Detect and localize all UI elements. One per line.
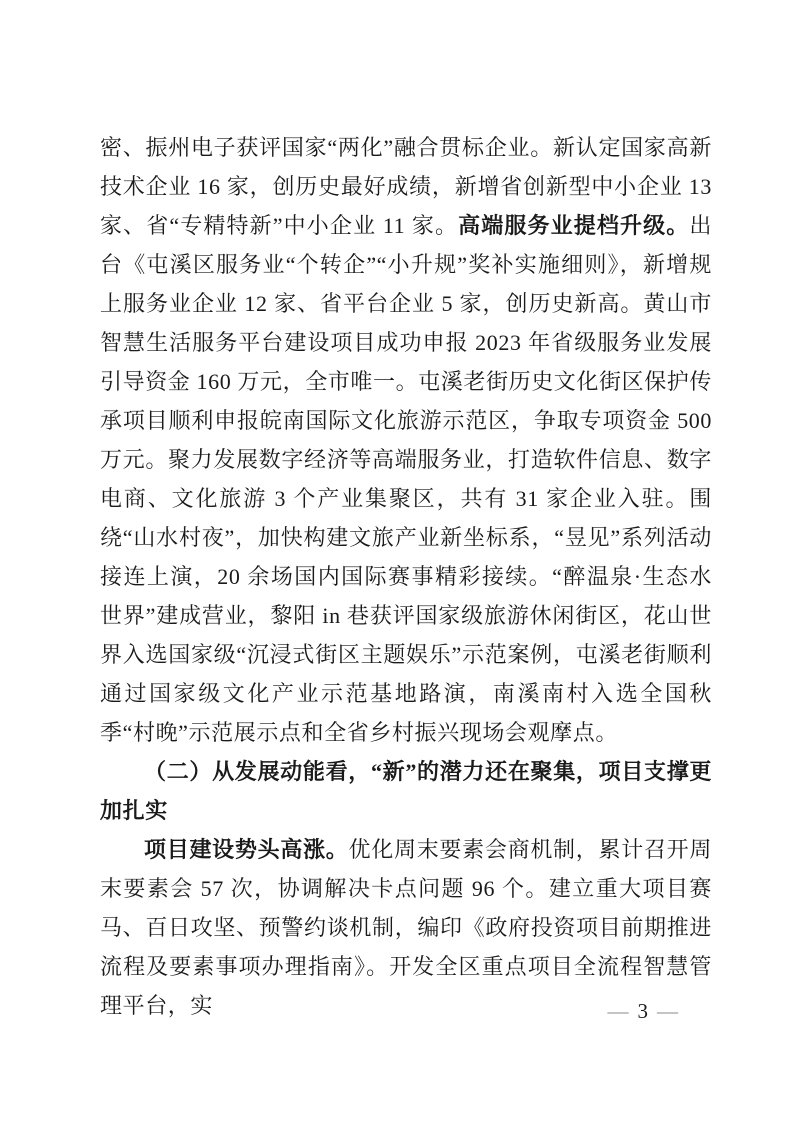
para1-text-after: 出台《屯溪区服务业“个转企”“小升规”奖补实施细则》，新增规上服务业企业 12 … xyxy=(100,213,712,745)
section-heading: （二）从发展动能看，“新”的潜力还在聚集，项目支撑更加扎实 xyxy=(100,752,712,830)
document-page: 密、振州电子获评国家“两化”融合贯标企业。新认定国家高新技术企业 16 家，创历… xyxy=(0,0,794,1122)
para2-text: 优化周末要素会商机制，累计召开周末要素会 57 次，协调解决卡点问题 96 个。… xyxy=(100,837,712,1018)
page-footer: — 3 — xyxy=(608,997,679,1025)
document-body: 密、振州电子获评国家“两化”融合贯标企业。新认定国家高新技术企业 16 家，创历… xyxy=(100,128,712,1025)
footer-dash-right: — xyxy=(657,997,678,1025)
para2-bold-phrase: 项目建设势头高涨。 xyxy=(144,837,349,862)
page-number: 3 xyxy=(638,997,649,1025)
paragraph-continuation: 密、振州电子获评国家“两化”融合贯标企业。新认定国家高新技术企业 16 家，创历… xyxy=(100,128,712,752)
footer-dash-left: — xyxy=(608,997,629,1025)
paragraph-project-construction: 项目建设势头高涨。优化周末要素会商机制，累计召开周末要素会 57 次，协调解决卡… xyxy=(100,830,712,1025)
para1-bold-phrase: 高端服务业提档升级。 xyxy=(458,213,689,238)
